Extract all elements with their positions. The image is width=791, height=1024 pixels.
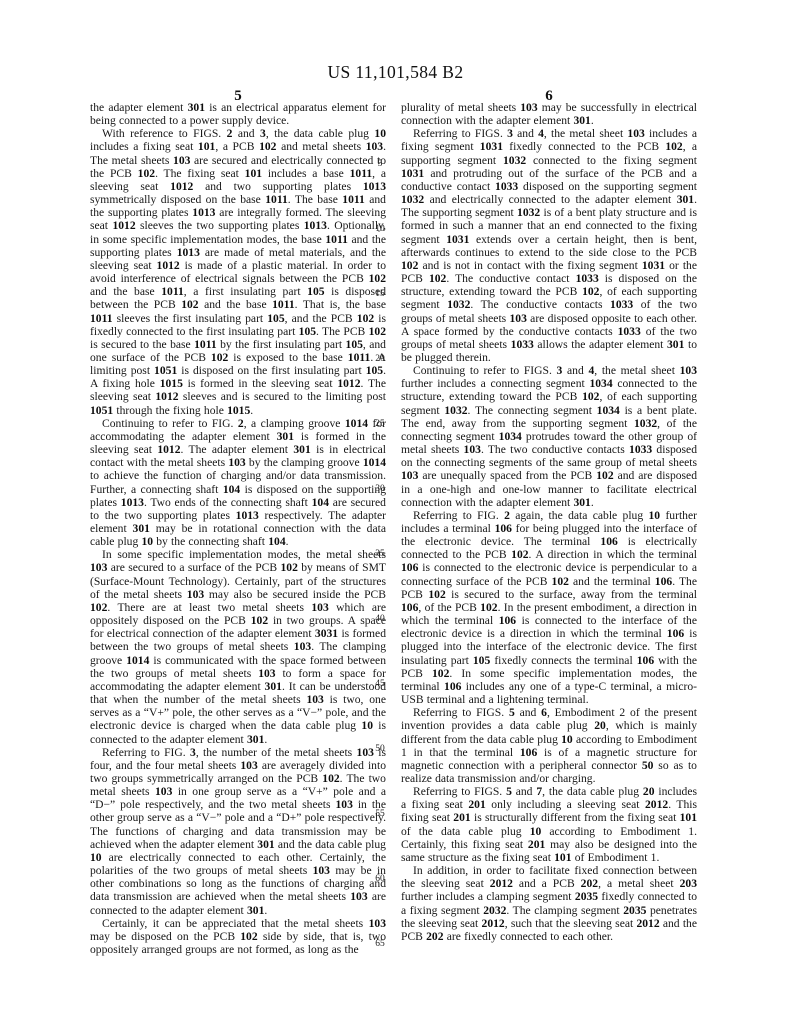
reference-numeral: 106 bbox=[520, 746, 537, 759]
reference-numeral: 106 bbox=[600, 535, 617, 548]
reference-numeral: 1034 bbox=[499, 430, 522, 443]
reference-numeral: 1012 bbox=[170, 180, 193, 193]
reference-numeral: 101 bbox=[554, 851, 571, 864]
reference-numeral: 10 bbox=[561, 733, 573, 746]
reference-numeral: 101 bbox=[680, 811, 697, 824]
reference-numeral: 2 bbox=[227, 127, 233, 140]
reference-numeral: 2035 bbox=[623, 904, 646, 917]
reference-numeral: 1013 bbox=[177, 246, 200, 259]
reference-numeral: 2012 bbox=[645, 798, 668, 811]
right-text-column: plurality of metal sheets 103 may be suc… bbox=[401, 101, 697, 943]
reference-numeral: 3 bbox=[190, 746, 196, 759]
reference-numeral: 103 bbox=[520, 101, 537, 114]
reference-numeral: 1012 bbox=[157, 443, 180, 456]
reference-numeral: 1032 bbox=[444, 404, 467, 417]
reference-numeral: 301 bbox=[133, 522, 150, 535]
reference-numeral: 1011 bbox=[194, 338, 217, 351]
reference-numeral: 1033 bbox=[511, 338, 534, 351]
reference-numeral: 102 bbox=[665, 140, 682, 153]
reference-numeral: 1015 bbox=[160, 377, 183, 390]
reference-numeral: 104 bbox=[312, 496, 329, 509]
reference-numeral: 202 bbox=[581, 877, 598, 890]
reference-numeral: 50 bbox=[642, 759, 654, 772]
paragraph: Referring to FIG. 2 again, the data cabl… bbox=[401, 509, 697, 706]
reference-numeral: 3031 bbox=[315, 627, 338, 640]
reference-numeral: 103 bbox=[464, 443, 481, 456]
reference-numeral: 103 bbox=[155, 785, 172, 798]
reference-numeral: 1051 bbox=[154, 364, 177, 377]
reference-numeral: 1012 bbox=[157, 259, 180, 272]
reference-numeral: 2012 bbox=[482, 917, 505, 930]
reference-numeral: 1013 bbox=[236, 509, 259, 522]
reference-numeral: 1031 bbox=[401, 167, 424, 180]
reference-numeral: 201 bbox=[468, 798, 485, 811]
reference-numeral: 1034 bbox=[597, 404, 620, 417]
line-number: 10 bbox=[368, 224, 392, 234]
reference-numeral: 102 bbox=[138, 167, 155, 180]
reference-numeral: 1033 bbox=[610, 298, 633, 311]
reference-numeral: 106 bbox=[667, 627, 684, 640]
reference-numeral: 103 bbox=[90, 561, 107, 574]
reference-numeral: 104 bbox=[223, 483, 240, 496]
reference-numeral: 103 bbox=[187, 588, 204, 601]
reference-numeral: 1011 bbox=[265, 193, 288, 206]
reference-numeral: 1031 bbox=[480, 140, 503, 153]
line-number: 45 bbox=[368, 679, 392, 689]
reference-numeral: 106 bbox=[495, 522, 512, 535]
reference-numeral: 102 bbox=[429, 272, 446, 285]
reference-numeral: 103 bbox=[509, 312, 526, 325]
reference-numeral: 4 bbox=[538, 127, 544, 140]
reference-numeral: 203 bbox=[680, 877, 697, 890]
line-number: 65 bbox=[368, 939, 392, 949]
paragraph: Referring to FIGS. 5 and 6, Embodiment 2… bbox=[401, 706, 697, 785]
paragraph: In some specific implementation modes, t… bbox=[90, 548, 386, 745]
line-number: 20 bbox=[368, 354, 392, 364]
reference-numeral: 102 bbox=[240, 930, 257, 943]
reference-numeral: 301 bbox=[247, 904, 264, 917]
paragraph: Continuing to refer to FIG. 2, a clampin… bbox=[90, 417, 386, 549]
paragraph: the adapter element 301 is an electrical… bbox=[90, 101, 386, 127]
reference-numeral: 1033 bbox=[576, 272, 599, 285]
reference-numeral: 5 bbox=[509, 706, 515, 719]
paragraph: Continuing to refer to FIGS. 3 and 4, th… bbox=[401, 364, 697, 509]
reference-numeral: 102 bbox=[552, 575, 569, 588]
reference-numeral: 20 bbox=[643, 785, 655, 798]
reference-numeral: 1012 bbox=[112, 219, 135, 232]
reference-numeral: 1014 bbox=[345, 417, 368, 430]
reference-numeral: 1033 bbox=[629, 443, 652, 456]
reference-numeral: 102 bbox=[322, 772, 339, 785]
reference-numeral: 301 bbox=[573, 496, 590, 509]
reference-numeral: 102 bbox=[280, 561, 297, 574]
reference-numeral: 3 bbox=[507, 127, 513, 140]
reference-numeral: 6 bbox=[541, 706, 547, 719]
reference-numeral: 101 bbox=[245, 167, 262, 180]
reference-numeral: 3 bbox=[557, 364, 563, 377]
reference-numeral: 103 bbox=[240, 759, 257, 772]
reference-numeral: 7 bbox=[536, 785, 542, 798]
reference-numeral: 2012 bbox=[636, 917, 659, 930]
reference-numeral: 103 bbox=[335, 798, 352, 811]
reference-numeral: 101 bbox=[198, 140, 215, 153]
reference-numeral: 2035 bbox=[575, 890, 598, 903]
reference-numeral: 102 bbox=[582, 285, 599, 298]
reference-numeral: 4 bbox=[588, 364, 594, 377]
reference-numeral: 301 bbox=[667, 338, 684, 351]
reference-numeral: 102 bbox=[582, 390, 599, 403]
reference-numeral: 1012 bbox=[155, 390, 178, 403]
reference-numeral: 1012 bbox=[337, 377, 360, 390]
reference-numeral: 102 bbox=[480, 601, 497, 614]
reference-numeral: 102 bbox=[596, 469, 613, 482]
reference-numeral: 106 bbox=[637, 654, 654, 667]
reference-numeral: 2012 bbox=[490, 877, 513, 890]
reference-numeral: 1032 bbox=[401, 193, 424, 206]
line-number: 35 bbox=[368, 549, 392, 559]
reference-numeral: 1032 bbox=[634, 417, 657, 430]
reference-numeral: 1014 bbox=[126, 654, 149, 667]
reference-numeral: 301 bbox=[293, 443, 310, 456]
reference-numeral: 103 bbox=[366, 140, 383, 153]
paragraph: Referring to FIGS. 5 and 7, the data cab… bbox=[401, 785, 697, 864]
reference-numeral: 1011 bbox=[348, 351, 371, 364]
reference-numeral: 105 bbox=[299, 325, 316, 338]
reference-numeral: 1032 bbox=[503, 154, 526, 167]
reference-numeral: 1033 bbox=[495, 180, 518, 193]
reference-numeral: 103 bbox=[313, 864, 330, 877]
line-number-gutter: 5101520253035404550556065 bbox=[368, 159, 392, 959]
reference-numeral: 1032 bbox=[517, 206, 540, 219]
reference-numeral: 103 bbox=[680, 364, 697, 377]
reference-numeral: 1031 bbox=[446, 233, 469, 246]
line-number: 15 bbox=[368, 289, 392, 299]
reference-numeral: 5 bbox=[506, 785, 512, 798]
reference-numeral: 20 bbox=[594, 719, 606, 732]
reference-numeral: 106 bbox=[655, 575, 672, 588]
reference-numeral: 10 bbox=[90, 851, 102, 864]
reference-numeral: 104 bbox=[268, 535, 285, 548]
reference-numeral: 102 bbox=[90, 601, 107, 614]
reference-numeral: 301 bbox=[247, 733, 264, 746]
reference-numeral: 1011 bbox=[272, 298, 295, 311]
reference-numeral: 106 bbox=[401, 601, 418, 614]
reference-numeral: 301 bbox=[257, 838, 274, 851]
reference-numeral: 1013 bbox=[192, 206, 215, 219]
reference-numeral: 301 bbox=[265, 680, 282, 693]
paragraph: plurality of metal sheets 103 may be suc… bbox=[401, 101, 697, 127]
reference-numeral: 10 bbox=[530, 825, 542, 838]
patent-number-header: US 11,101,584 B2 bbox=[0, 62, 791, 83]
reference-numeral: 202 bbox=[426, 930, 443, 943]
reference-numeral: 201 bbox=[528, 838, 545, 851]
reference-numeral: 1011 bbox=[90, 312, 113, 325]
reference-numeral: 1013 bbox=[304, 219, 327, 232]
reference-numeral: 10 bbox=[649, 509, 661, 522]
reference-numeral: 201 bbox=[453, 811, 470, 824]
line-number: 60 bbox=[368, 874, 392, 884]
reference-numeral: 103 bbox=[311, 601, 328, 614]
paragraph: With reference to FIGS. 2 and 3, the dat… bbox=[90, 127, 386, 416]
reference-numeral: 102 bbox=[251, 614, 268, 627]
reference-numeral: 1032 bbox=[447, 298, 470, 311]
reference-numeral: 102 bbox=[259, 140, 276, 153]
reference-numeral: 106 bbox=[499, 614, 516, 627]
reference-numeral: 102 bbox=[511, 548, 528, 561]
reference-numeral: 301 bbox=[188, 101, 205, 114]
line-number: 5 bbox=[368, 159, 392, 169]
reference-numeral: 106 bbox=[401, 561, 418, 574]
reference-numeral: 103 bbox=[306, 693, 323, 706]
reference-numeral: 103 bbox=[401, 469, 418, 482]
reference-numeral: 103 bbox=[173, 154, 190, 167]
reference-numeral: 10 bbox=[374, 127, 386, 140]
reference-numeral: 105 bbox=[267, 312, 284, 325]
reference-numeral: 1011 bbox=[161, 285, 184, 298]
reference-numeral: 301 bbox=[277, 430, 294, 443]
reference-numeral: 105 bbox=[473, 654, 490, 667]
reference-numeral: 1011 bbox=[342, 193, 365, 206]
left-text-column: the adapter element 301 is an electrical… bbox=[90, 101, 386, 956]
reference-numeral: 105 bbox=[346, 338, 363, 351]
reference-numeral: 10 bbox=[141, 535, 153, 548]
reference-numeral: 301 bbox=[573, 114, 590, 127]
reference-numeral: 103 bbox=[294, 640, 311, 653]
reference-numeral: 2 bbox=[238, 417, 244, 430]
line-number: 25 bbox=[368, 419, 392, 429]
reference-numeral: 301 bbox=[677, 193, 694, 206]
line-number: 55 bbox=[368, 809, 392, 819]
paragraph: In addition, in order to facilitate fixe… bbox=[401, 864, 697, 943]
reference-numeral: 1033 bbox=[618, 325, 641, 338]
reference-numeral: 3 bbox=[260, 127, 266, 140]
reference-numeral: 1031 bbox=[642, 259, 665, 272]
reference-numeral: 1013 bbox=[121, 496, 144, 509]
reference-numeral: 102 bbox=[211, 351, 228, 364]
line-number: 50 bbox=[368, 744, 392, 754]
paragraph: Referring to FIGS. 3 and 4, the metal sh… bbox=[401, 127, 697, 364]
reference-numeral: 103 bbox=[228, 456, 245, 469]
reference-numeral: 2 bbox=[504, 509, 510, 522]
reference-numeral: 102 bbox=[181, 298, 198, 311]
reference-numeral: 103 bbox=[627, 127, 644, 140]
reference-numeral: 102 bbox=[428, 588, 445, 601]
reference-numeral: 103 bbox=[258, 667, 275, 680]
reference-numeral: 1015 bbox=[227, 404, 250, 417]
reference-numeral: 102 bbox=[432, 667, 449, 680]
line-number: 30 bbox=[368, 484, 392, 494]
paragraph: Certainly, it can be appreciated that th… bbox=[90, 917, 386, 956]
line-number: 40 bbox=[368, 614, 392, 624]
reference-numeral: 1051 bbox=[90, 404, 113, 417]
reference-numeral: 102 bbox=[401, 259, 418, 272]
reference-numeral: 106 bbox=[444, 680, 461, 693]
reference-numeral: 2032 bbox=[483, 904, 506, 917]
paragraph: Referring to FIG. 3, the number of the m… bbox=[90, 746, 386, 917]
reference-numeral: 1034 bbox=[589, 377, 612, 390]
patent-page: US 11,101,584 B2 5 6 the adapter element… bbox=[0, 0, 791, 1024]
reference-numeral: 1011 bbox=[325, 233, 348, 246]
reference-numeral: 103 bbox=[350, 890, 367, 903]
reference-numeral: 105 bbox=[307, 285, 324, 298]
